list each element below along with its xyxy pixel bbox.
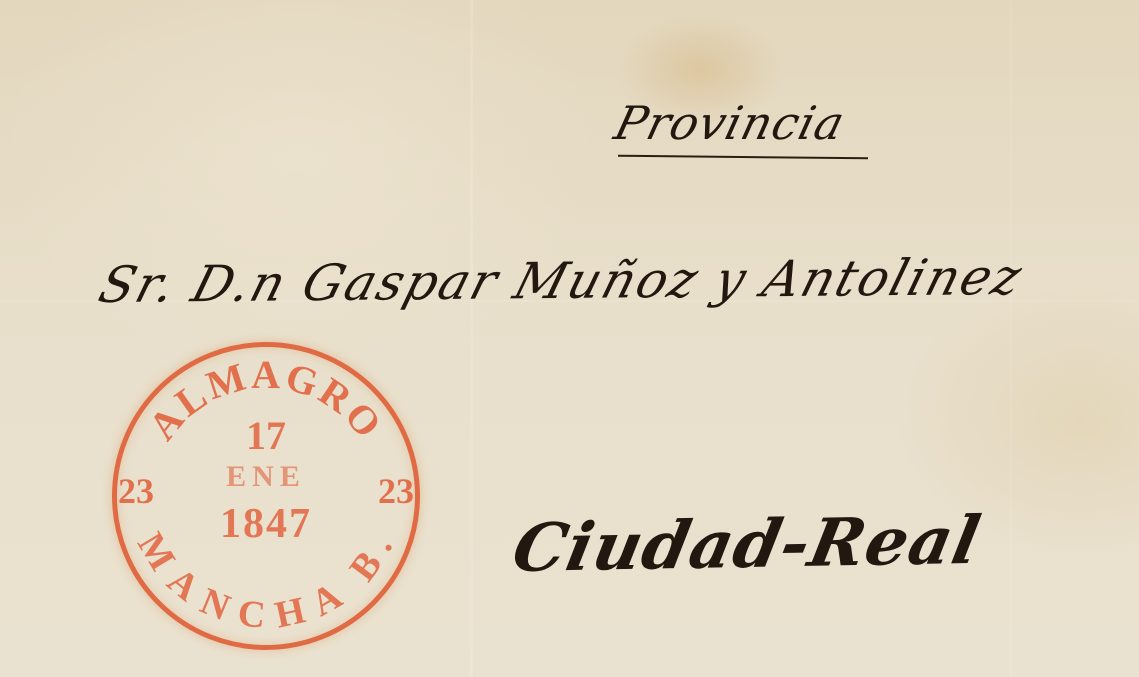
postmark-year: 1847 [112,500,420,548]
addressee-line: Sr. D.n Gaspar Muñoz y Antolinez [93,248,1030,314]
postmark-month: ENE [112,460,420,494]
service-note-underline [618,155,868,160]
service-note: Provincia [609,96,850,150]
paper-crease [1010,0,1012,677]
destination-city: Ciudad-Real [507,501,988,587]
circular-postmark: ALMAGRO MANCHA B. 23 23 17 ENE 1847 [112,342,420,650]
paper-crease [470,0,473,677]
envelope-cover: Provincia Sr. D.n Gaspar Muñoz y Antolin… [0,0,1139,677]
postmark-day: 17 [112,412,420,459]
postmark-arc-text: ALMAGRO MANCHA B. [112,342,420,650]
